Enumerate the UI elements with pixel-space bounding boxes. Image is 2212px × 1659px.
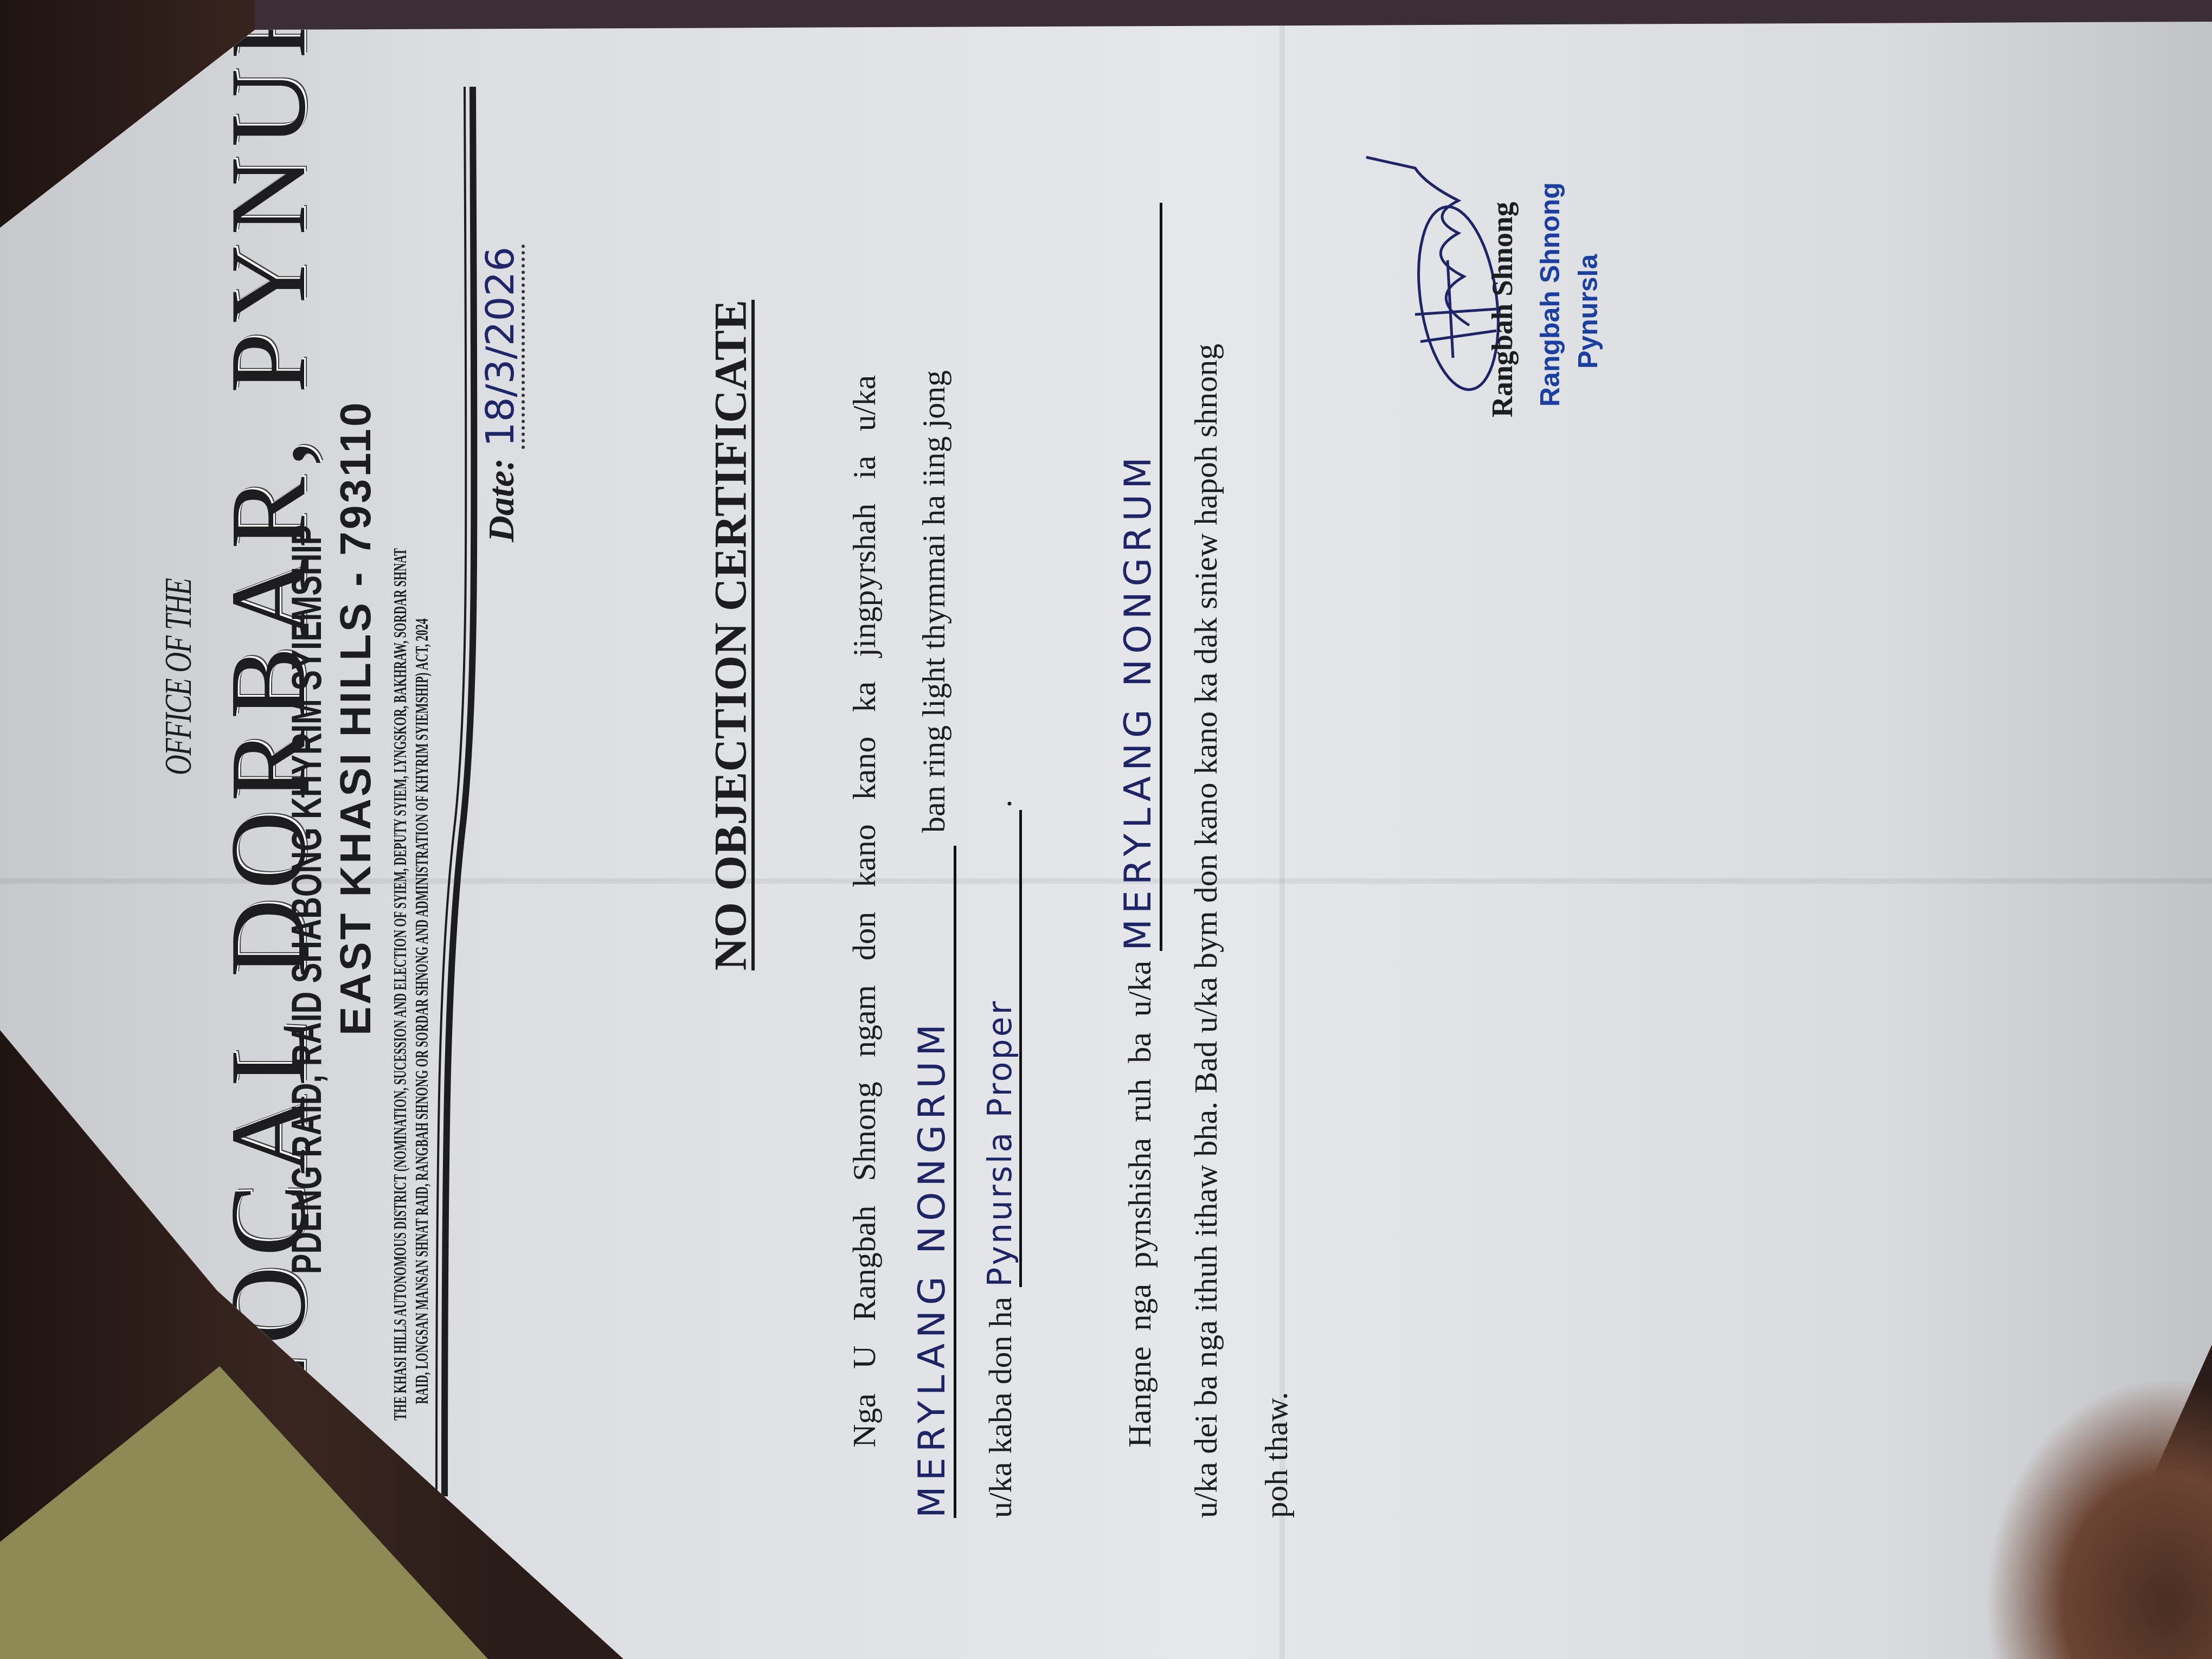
para2-line2: u/ka dei ba nga ithuh ithaw bha. Bad u/k… bbox=[1187, 344, 1225, 1518]
para2-line3: poh thaw. bbox=[1258, 1392, 1295, 1518]
letterhead-double-rule bbox=[434, 87, 483, 1496]
para1-applicant-name: MERYLANG NONGRUM bbox=[911, 1019, 954, 1518]
stamp-line-1: Rangbah Shnong bbox=[1534, 182, 1566, 407]
para1-period: . bbox=[982, 800, 1018, 808]
date-label: Date: bbox=[480, 458, 522, 542]
signatory-title: Rangbah Shnong bbox=[1486, 202, 1519, 417]
background-thumb bbox=[1984, 1377, 2212, 1659]
para1-place: Pynursla Proper bbox=[981, 999, 1019, 1287]
stamp-line-2: Pynursla bbox=[1572, 254, 1604, 369]
letterhead-district-pin: EAST KHASI HILLS - 793110 bbox=[331, 401, 381, 1036]
letterhead-act-line-1: THE KHASI HILLS AUTONOMOUS DISTRICT (NOM… bbox=[390, 548, 411, 1420]
date-value: 18/3/2026 bbox=[477, 247, 523, 447]
letterhead-subtitle: PDENG RAID, RAID SHABONG KHYRIM SYIEMSHI… bbox=[282, 525, 331, 1274]
letterhead-act-line-2: RAID, LONGSAN MANSAN SHNAT RAID, RANGBAH… bbox=[412, 619, 433, 1404]
para2-text-a: Hangne nga pynshisha ruh ba u/ka bbox=[1122, 961, 1158, 1448]
para1-line1: Nga U Rangbah Shnong ngam don kano kano … bbox=[846, 375, 883, 1448]
para1-text-c: u/ka kaba don ha bbox=[982, 1297, 1018, 1518]
para1-line2: MERYLANG NONGRUM ban ring light thymmai … bbox=[911, 370, 956, 1518]
para2-applicant-name: MERYLANG NONGRUM bbox=[1117, 452, 1160, 951]
certificate-title: NO OBJECTION CERTIFICATE bbox=[705, 300, 757, 970]
para2-line1: Hangne nga pynshisha ruh ba u/ka MERYLAN… bbox=[1117, 203, 1162, 1448]
office-of-label: OFFICE OF THE bbox=[157, 578, 201, 775]
para1-text-b: ban ring light thymmai ha iing jong bbox=[916, 370, 951, 833]
para1-line3: u/ka kaba don ha Pynursla Proper . bbox=[981, 800, 1022, 1518]
date-row: Date: 18/3/2026 bbox=[477, 245, 523, 542]
